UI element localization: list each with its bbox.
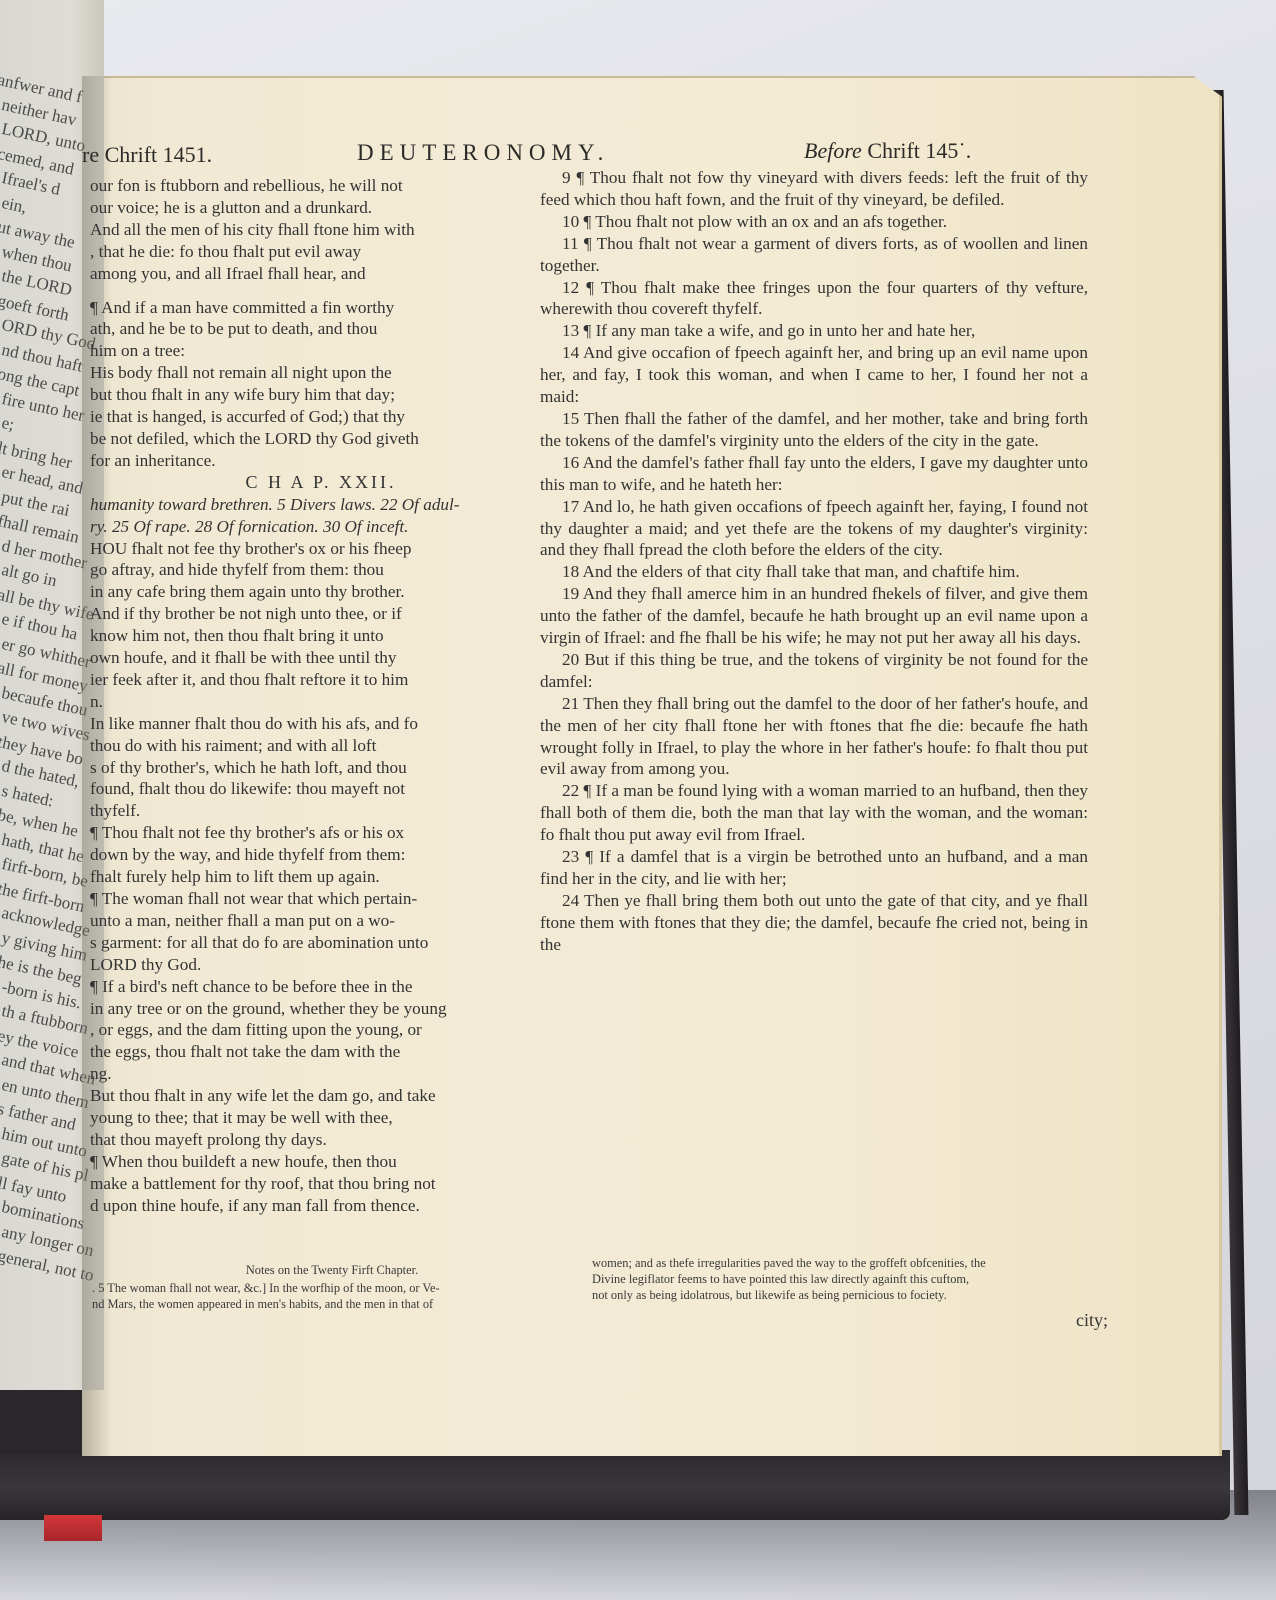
verse-number: 10 [562,212,583,231]
verse-text: ¶ Thou fhalt not fow thy vineyard with d… [540,168,1088,209]
verse-block-lost-ox: HOU fhalt not fee thy brother's ox or hi… [90,538,552,713]
facing-page-fragment: ein, [0,193,28,218]
text-line: And if thy brother be not nigh unto thee… [90,603,552,625]
verse-text: ¶ If a man be found lying with a woman m… [540,781,1088,844]
note-line: . 5 The woman fhall not wear, &c.] In th… [92,1280,572,1296]
text-line: for an inheritance. [90,450,552,472]
text-line: LORD thy God. [90,954,552,976]
text-line: ng. [90,1063,552,1085]
verse-text: And the elders of that city fhall take t… [583,562,1020,581]
verse-number: 13 [562,321,583,340]
text-line: But thou fhalt in any wife let the dam g… [90,1085,552,1107]
verse-text: ¶ Thou fhalt not plow with an ox and an … [583,212,947,231]
notes-left-lines: . 5 The woman fhall not wear, &c.] In th… [92,1280,572,1312]
text-line: ath, and he be to be put to death, and t… [90,318,552,340]
verse-18: 18 And the elders of that city fhall tak… [540,561,1088,583]
verse-16: 16 And the damfel's father fhall fay unt… [540,452,1088,496]
header-before-italic: Before [804,138,862,163]
text-line: own houfe, and it fhall be with thee unt… [90,647,552,669]
text-line: that thou mayeft prolong thy days. [90,1129,552,1151]
verse-number: 24 [562,891,584,910]
verse-20: 20 But if this thing be true, and the to… [540,649,1088,693]
verse-block-bird-nest: ¶ If a bird's neft chance to be before t… [90,976,552,1086]
facing-page-fragment: e; [0,413,16,435]
text-line: s of thy brother's, which he hath loft, … [90,757,552,779]
verse-number: 19 [562,584,583,603]
catchword: city; [1076,1310,1108,1331]
text-line: ie that is hanged, is accurfed of God;) … [90,406,552,428]
text-line: ¶ When thou buildeft a new houfe, then t… [90,1151,552,1173]
verse-text: And they fhall amerce him in an hundred … [540,584,1088,647]
header-date-text: Chrift 145˙. [862,138,971,163]
text-line: ¶ Thou fhalt not fee thy brother's afs o… [90,822,552,844]
verse-text: ¶ If any man take a wife, and go in unto… [583,321,975,340]
verse-number: 17 [562,497,583,516]
verse-21: 21 Then they fhall bring out the damfel … [540,693,1088,781]
verse-number: 12 [562,278,586,297]
verse-text: Then fhall the father of the damfel, and… [540,409,1088,450]
text-line: the eggs, thou fhalt not take the dam wi… [90,1041,552,1063]
verse-text: ¶ Thou fhalt make thee fringes upon the … [540,278,1088,319]
summary-line: ry. 25 Of rape. 28 Of fornication. 30 Of… [90,516,552,538]
verse-number: 20 [562,650,584,669]
verse-block-garment: ¶ The woman fhall not wear that which pe… [90,888,552,976]
verse-19: 19 And they fhall amerce him in an hundr… [540,583,1088,649]
header-date-left: re Chrift 1451. [82,142,212,168]
text-line: know him not, then thou fhalt bring it u… [90,625,552,647]
verse-block-fallen-ox: ¶ Thou fhalt not fee thy brother's afs o… [90,822,552,888]
verse-24: 24 Then ye fhall bring them both out unt… [540,890,1088,956]
text-line: n. [90,691,552,713]
verse-22: 22 ¶ If a man be found lying with a woma… [540,780,1088,846]
chapter-heading: C H A P. XXII. [90,472,552,494]
note-line: nd Mars, the women appeared in men's hab… [92,1296,572,1312]
footnotes-right: women; and as thefe irregularities paved… [592,1255,1122,1303]
text-line: found, fhalt thou do likewife: thou maye… [90,778,552,800]
text-line: thou do with his raiment; and with all l… [90,735,552,757]
verse-block-stubborn-son: our fon is ftubborn and rebellious, he w… [90,175,552,285]
summary-line: humanity toward brethren. 5 Divers laws.… [90,494,552,516]
note-line: Divine legiflator feems to have pointed … [592,1271,1122,1287]
verse-text: Then they fhall bring out the damfel to … [540,694,1088,779]
text-line: In like manner fhalt thou do with his af… [90,713,552,735]
text-line: ¶ The woman fhall not wear that which pe… [90,888,552,910]
verse-number: 9 [562,168,576,187]
verse-number: 18 [562,562,583,581]
verse-number: 16 [562,453,583,472]
text-line: ¶ If a bird's neft chance to be before t… [90,976,552,998]
verse-number: 14 [562,343,583,362]
header-date-right: Before Chrift 145˙. [804,138,971,164]
left-text-column: our fon is ftubborn and rebellious, he w… [90,175,552,1217]
verse-block-let-dam-go: But thou fhalt in any wife let the dam g… [90,1085,552,1151]
verse-9: 9 ¶ Thou fhalt not fow thy vineyard with… [540,167,1088,211]
verse-text: And the damfel's father fhall fay unto t… [540,453,1088,494]
verse-17: 17 And lo, he hath given occafions of fp… [540,496,1088,562]
text-line: but thou fhalt in any wife bury him that… [90,384,552,406]
text-line: , or eggs, and the dam fitting upon the … [90,1019,552,1041]
verse-number: 22 [562,781,584,800]
text-line: among you, and all Ifrael fhall hear, an… [90,263,552,285]
chapter-summary: humanity toward brethren. 5 Divers laws.… [90,494,552,538]
verse-text: Then ye fhall bring them both out unto t… [540,891,1088,954]
verse-12: 12 ¶ Thou fhalt make thee fringes upon t… [540,277,1088,321]
text-line: down by the way, and hide thyfelf from t… [90,844,552,866]
verse-block-hanged: ¶ And if a man have committed a fin wort… [90,297,552,472]
text-line: ier feek after it, and thou fhalt reftor… [90,669,552,691]
verse-number: 21 [562,694,583,713]
text-line: our fon is ftubborn and rebellious, he w… [90,175,552,197]
verse-block-ass: In like manner fhalt thou do with his af… [90,713,552,823]
verse-text: But if this thing be true, and the token… [540,650,1088,691]
note-line: not only as being idolatrous, but likewi… [592,1287,1122,1303]
notes-title: Notes on the Twenty Firft Chapter. [92,1262,572,1278]
text-line: be not defiled, which the LORD thy God g… [90,428,552,450]
verse-text: And give occafion of fpeech againft her,… [540,343,1088,406]
text-line: make a battlement for thy roof, that tho… [90,1173,552,1195]
note-line: women; and as thefe irregularities paved… [592,1255,1122,1271]
ribbon-bookmark [44,1515,102,1541]
verse-13: 13 ¶ If any man take a wife, and go in u… [540,320,1088,342]
text-line: our voice; he is a glutton and a drunkar… [90,197,552,219]
verse-text: ¶ Thou fhalt not wear a garment of diver… [540,234,1088,275]
verse-23: 23 ¶ If a damfel that is a virgin be bet… [540,846,1088,890]
verse-number: 11 [562,234,584,253]
text-line: in any tree or on the ground, whether th… [90,998,552,1020]
verse-number: 23 [562,847,585,866]
text-line: s garment: for all that do fo are abomin… [90,932,552,954]
verse-text: And lo, he hath given occafions of fpeec… [540,497,1088,560]
text-line: , that he die: fo thou fhalt put evil aw… [90,241,552,263]
book-title: DEUTERONOMY. [357,140,609,166]
verse-15: 15 Then fhall the father of the damfel, … [540,408,1088,452]
verse-block-battlement: ¶ When thou buildeft a new houfe, then t… [90,1151,552,1217]
text-line: thyfelf. [90,800,552,822]
text-line: His body fhall not remain all night upon… [90,362,552,384]
text-line: And all the men of his city fhall ftone … [90,219,552,241]
verse-10: 10 ¶ Thou fhalt not plow with an ox and … [540,211,1088,233]
right-text-column: 9 ¶ Thou fhalt not fow thy vineyard with… [540,167,1088,956]
text-line: him on a tree: [90,340,552,362]
text-line: ¶ And if a man have committed a fin wort… [90,297,552,319]
text-line: HOU fhalt not fee thy brother's ox or hi… [90,538,552,560]
text-line: go aftray, and hide thyfelf from them: t… [90,559,552,581]
text-line: unto a man, neither fhall a man put on a… [90,910,552,932]
verse-11: 11 ¶ Thou fhalt not wear a garment of di… [540,233,1088,277]
text-line: d upon thine houfe, if any man fall from… [90,1195,552,1217]
text-line: in any cafe bring them again unto thy br… [90,581,552,603]
verse-text: ¶ If a damfel that is a virgin be betrot… [540,847,1088,888]
text-line: young to thee; that it may be well with … [90,1107,552,1129]
verse-number: 15 [562,409,584,428]
text-line: fhalt furely help him to lift them up ag… [90,866,552,888]
verse-14: 14 And give occafion of fpeech againft h… [540,342,1088,408]
book-cover-bottom [0,1450,1230,1520]
footnotes-left: Notes on the Twenty Firft Chapter. . 5 T… [92,1262,572,1312]
